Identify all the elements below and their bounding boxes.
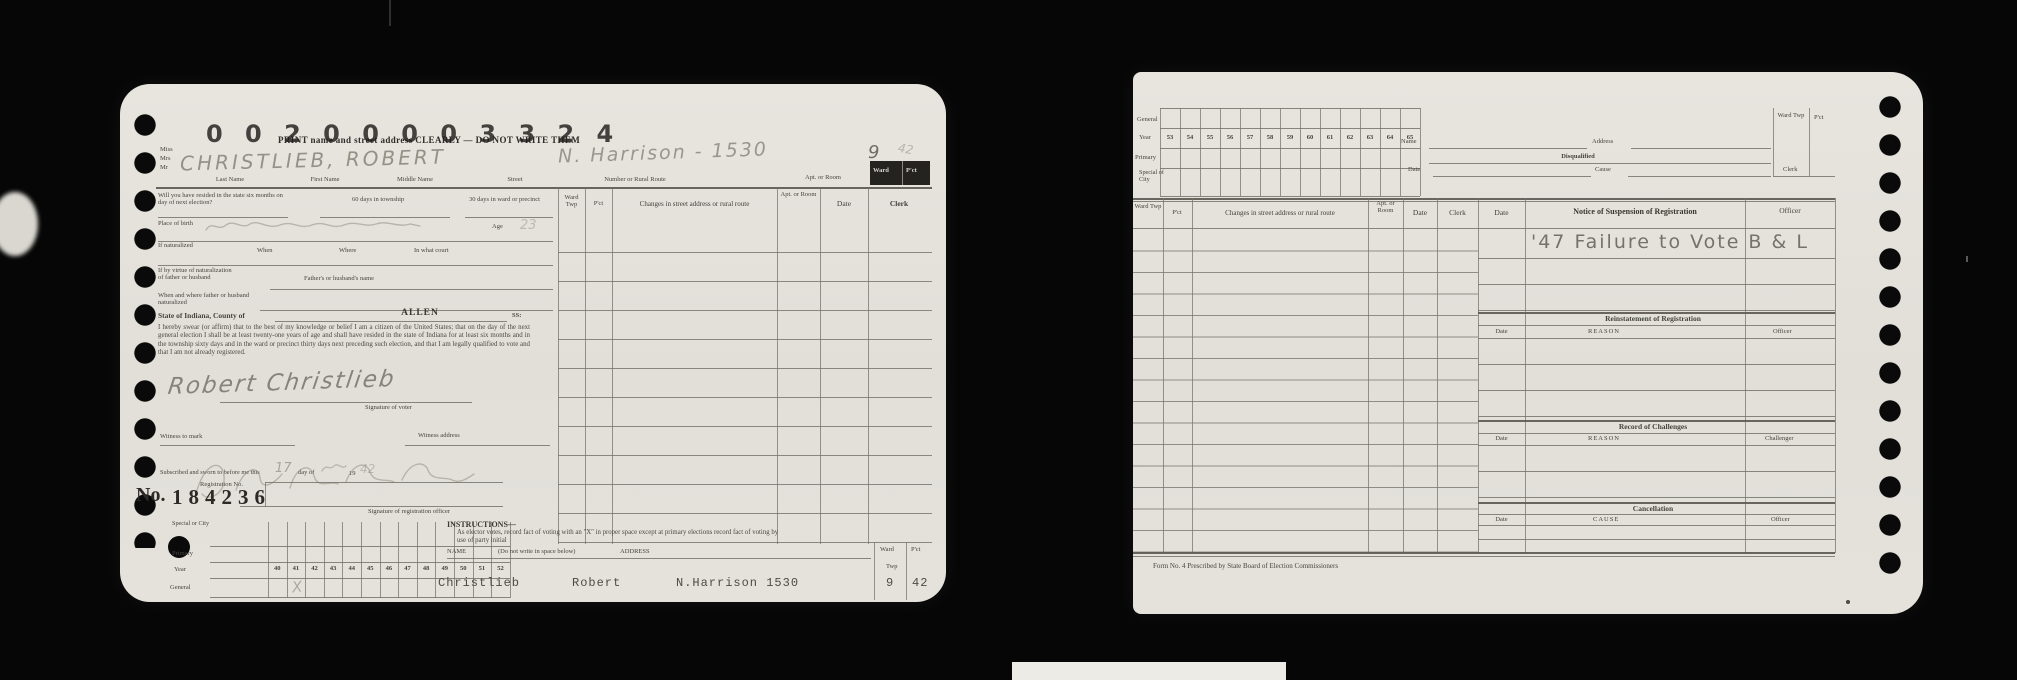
year-64: 64 <box>1380 134 1400 141</box>
bth-date: Date <box>1403 209 1437 218</box>
line <box>1433 176 1591 177</box>
grid-vline <box>361 522 362 598</box>
grid-vline <box>398 522 399 598</box>
srow <box>1478 310 1835 311</box>
grid-vline <box>1240 108 1241 196</box>
bth-pct: P'ct <box>1163 209 1191 216</box>
reinst-reason: REASON <box>1588 328 1620 335</box>
year-57: 57 <box>1240 134 1260 141</box>
label-age: Age <box>492 223 503 230</box>
reinstatement-title: Reinstatement of Registration <box>1553 315 1753 323</box>
reg-no-prefix: No. <box>136 484 165 507</box>
stamped-serial-number: 0 0 2 0 0 0 0 3 3 2 4 <box>206 120 620 148</box>
th-clerk: Clerk <box>869 200 929 209</box>
year-61: 61 <box>1320 134 1340 141</box>
label-if-naturalized: If naturalized <box>158 242 206 249</box>
microfilm-frame: PRINT name and street address CLEARLY — … <box>0 0 2017 680</box>
line <box>906 542 907 600</box>
grid-line <box>210 546 510 547</box>
chall-challenger: Challenger <box>1765 435 1794 442</box>
line <box>270 289 553 290</box>
grid-vline <box>1380 108 1381 196</box>
label-twp-bottom: Twp <box>886 563 897 570</box>
grid-vline <box>1280 108 1281 196</box>
label-signature-officer: Signature of registration officer <box>368 508 450 515</box>
reinst-date: Date <box>1478 328 1525 335</box>
question-30days: 30 days in ward or precinct <box>469 196 551 203</box>
instructions-title: INSTRUCTIONS— <box>447 520 516 529</box>
film-scratch <box>389 0 391 26</box>
film-speck <box>1846 600 1850 604</box>
typed-ward: 9 <box>886 576 894 590</box>
bth-apt: Apt. or Room <box>1369 200 1402 215</box>
bth-susp-date: Date <box>1478 209 1525 218</box>
grid-vline <box>1400 108 1401 196</box>
table-top-rule <box>1133 198 1835 200</box>
corner-ward-twp: Ward Twp <box>1774 112 1808 119</box>
row-special-back: Special of City <box>1139 170 1169 184</box>
grid-line <box>210 562 510 563</box>
film-speck <box>1966 256 1968 262</box>
typed-address: N.Harrison 1530 <box>676 576 799 590</box>
county-value: ALLEN <box>375 308 465 318</box>
grid-vline <box>1180 108 1181 196</box>
signature-line <box>220 402 472 403</box>
label-father-name: Father's or husband's name <box>304 275 374 282</box>
bth-suspension-title: Notice of Suspension of Registration <box>1525 207 1745 216</box>
title-mrs: Mrs <box>160 155 170 162</box>
instructions-body: As elector votes, record fact of voting … <box>457 529 787 545</box>
typed-last-name: Christlieb <box>438 576 520 590</box>
birthplace-scrawl <box>202 217 427 237</box>
sec-line <box>1478 325 1835 326</box>
year-47: 47 <box>398 565 417 572</box>
label-name-back: Name <box>1401 138 1417 145</box>
line <box>1429 163 1771 164</box>
year-58: 58 <box>1260 134 1280 141</box>
failure-to-vote-stamp: '47 Failure to Vote B & L <box>1531 231 1809 253</box>
bth-officer: Officer <box>1745 207 1835 216</box>
handwritten-name: CHRISTLIEB, ROBERT <box>180 145 446 176</box>
line <box>1809 108 1810 176</box>
bth-ward-twp: Ward Twp <box>1134 203 1162 210</box>
table-bottom-rule2 <box>1133 556 1835 557</box>
label-date-top: Date <box>1408 166 1420 173</box>
registration-card-front: PRINT name and street address CLEARLY — … <box>120 84 946 602</box>
label-disqualified: Disqualified <box>1533 153 1623 160</box>
table-top-rule2 <box>1133 201 1835 202</box>
form-number-footer: Form No. 4 Prescribed by State Board of … <box>1153 562 1338 570</box>
label-last-name: Last Name <box>190 176 270 183</box>
left-table-rows <box>1133 230 1478 553</box>
grid-vline <box>1200 108 1201 196</box>
year-60: 60 <box>1300 134 1320 141</box>
label-place-of-birth: Place of birth <box>158 220 200 227</box>
grid-vline <box>1420 108 1421 196</box>
chall-date: Date <box>1478 435 1525 442</box>
tv <box>1835 198 1836 553</box>
year-49: 49 <box>435 565 454 572</box>
header-rule <box>156 187 932 189</box>
grid-vline <box>1320 108 1321 196</box>
grid-vline <box>287 522 288 598</box>
chall-reason: REASON <box>1588 435 1620 442</box>
header-underline <box>1133 228 1835 229</box>
sec-line <box>1478 514 1835 515</box>
voter-signature: Robert Christlieb <box>166 366 397 400</box>
label-nat-court: In what court <box>414 247 449 254</box>
label-middle-name: Middle Name <box>375 176 455 183</box>
row-special-city: Special or City <box>172 521 212 528</box>
year-40: 40 <box>268 565 287 572</box>
line <box>447 558 871 559</box>
typed-pct: 42 <box>912 576 928 590</box>
srow <box>1478 284 1835 285</box>
film-strip-next-frame <box>1012 662 1286 680</box>
cancel-row <box>1478 539 1835 540</box>
change-table-rows <box>558 224 932 544</box>
year-41: 41 <box>287 565 306 572</box>
title-miss: Miss <box>160 146 173 153</box>
line <box>465 217 553 218</box>
registration-card-back: General Year Primary Special of City 53 … <box>1133 72 1923 614</box>
note-do-not-write: (Do not write in space below) <box>498 548 575 555</box>
rrow <box>1478 416 1835 417</box>
line <box>160 445 295 446</box>
label-cause-top: Cause <box>1595 166 1611 173</box>
grid-line <box>1160 196 1420 197</box>
th-pct: P'ct <box>586 200 611 207</box>
label-apt-room-top: Apt. or Room <box>788 174 858 181</box>
grid-vline <box>435 522 436 598</box>
grid-vline <box>1340 108 1341 196</box>
punch-holes-right <box>1877 88 1903 588</box>
label-witness-mark: Witness to mark <box>160 433 202 440</box>
year-55: 55 <box>1200 134 1220 141</box>
year-52: 52 <box>491 565 510 572</box>
title-mr: Mr <box>160 164 168 171</box>
row-year-back: Year <box>1139 134 1151 141</box>
row-year: Year <box>174 566 186 573</box>
year-45: 45 <box>361 565 380 572</box>
grid-vline <box>1260 108 1261 196</box>
grid-vline <box>1300 108 1301 196</box>
affidavit-text: I hereby swear (or affirm) that to the b… <box>158 324 530 358</box>
year-51: 51 <box>473 565 492 572</box>
handwritten-pct: 42 <box>897 141 914 157</box>
line <box>1631 148 1771 149</box>
year-54: 54 <box>1180 134 1200 141</box>
cancel-cause: CAUSE <box>1593 516 1619 523</box>
rrow <box>1478 364 1835 365</box>
grid-line <box>210 597 510 598</box>
grid-line <box>1160 148 1420 149</box>
year-46: 46 <box>380 565 399 572</box>
reg-no-value: 184236 <box>172 485 271 510</box>
grid-line <box>1160 108 1420 109</box>
th-apt: Apt. or Room <box>779 191 818 198</box>
label-clerk-top: Clerk <box>1783 166 1797 173</box>
question-60days: 60 days in township <box>352 196 424 203</box>
cancel-officer: Officer <box>1771 516 1790 523</box>
label-first-name: First Name <box>285 176 365 183</box>
grid-vline <box>1220 108 1221 196</box>
row-primary-back: Primary <box>1135 154 1156 161</box>
label-by-virtue: If by virtue of naturalization of father… <box>158 267 236 282</box>
grid-vline <box>1160 108 1161 196</box>
crow <box>1478 497 1835 498</box>
rrow <box>1478 390 1835 391</box>
th-date: Date <box>821 200 867 209</box>
label-father-when: When and where father or husband natural… <box>158 292 253 307</box>
label-pct-bottom: P'ct <box>911 546 920 553</box>
label-address-back: Address <box>1592 138 1613 145</box>
film-blotch <box>0 192 38 256</box>
line <box>1628 176 1771 177</box>
reinst-officer: Officer <box>1773 328 1792 335</box>
th-ward-twp: Ward Twp <box>559 194 584 209</box>
cancellation-title: Cancellation <box>1573 505 1733 513</box>
th-changes: Changes in street address or rural route <box>614 200 775 208</box>
grid-vline <box>380 522 381 598</box>
corner-pct: P'ct <box>1814 114 1823 121</box>
typed-first-name: Robert <box>572 576 621 590</box>
line <box>1429 148 1587 149</box>
tv <box>1478 198 1479 553</box>
label-number-rural: Number or Rural Route <box>555 176 715 183</box>
grid-line <box>1160 128 1420 129</box>
year-50: 50 <box>454 565 473 572</box>
crow <box>1478 471 1835 472</box>
line <box>874 542 875 600</box>
line <box>158 241 553 242</box>
year-53: 53 <box>1160 134 1180 141</box>
row-general-back: General <box>1137 116 1158 123</box>
srow <box>1478 258 1835 259</box>
label-signature-voter: Signature of voter <box>365 404 412 411</box>
line <box>405 445 550 446</box>
sec-line <box>1478 433 1835 434</box>
year-62: 62 <box>1340 134 1360 141</box>
ward-pct-header-box: Ward P'ct <box>870 161 930 185</box>
grid-vline <box>417 522 418 598</box>
bth-changes: Changes in street address or rural route <box>1194 209 1366 217</box>
officer-signature-line <box>240 506 503 507</box>
line <box>265 482 503 483</box>
grid-vline <box>305 522 306 598</box>
grid-vline <box>1360 108 1361 196</box>
bth-clerk: Clerk <box>1437 209 1478 218</box>
year-56: 56 <box>1220 134 1240 141</box>
grid-vline <box>268 522 269 598</box>
year-42: 42 <box>305 565 324 572</box>
year-59: 59 <box>1280 134 1300 141</box>
sec-line <box>1478 525 1835 526</box>
general-vote-mark: X <box>291 578 303 597</box>
label-witness-address: Witness address <box>418 432 460 439</box>
punch-holes-left <box>132 106 158 548</box>
line <box>158 265 553 266</box>
label-address-bottom: ADDRESS <box>620 548 650 555</box>
label-street: Street <box>485 176 545 183</box>
cancel-date: Date <box>1478 516 1525 523</box>
handwritten-age: 23 <box>520 218 537 233</box>
year-44: 44 <box>342 565 361 572</box>
row-general: General <box>170 584 191 591</box>
grid-vline <box>324 522 325 598</box>
label-nat-when: When <box>257 247 273 254</box>
question-resided: Will you have resided in the state six m… <box>158 192 283 207</box>
line <box>275 321 507 322</box>
tv <box>1525 198 1526 553</box>
year-48: 48 <box>417 565 436 572</box>
challenges-title: Record of Challenges <box>1563 423 1743 431</box>
row-primary: Primary <box>172 550 193 557</box>
box-divider <box>902 161 903 185</box>
label-ss: SS: <box>512 312 521 319</box>
label-nat-where: Where <box>339 247 356 254</box>
sec-line <box>1478 338 1835 339</box>
label-state-county: State of Indiana, County of <box>158 312 245 320</box>
year-43: 43 <box>324 565 343 572</box>
table-bottom-rule <box>1133 552 1835 554</box>
label-ward-inverse: Ward <box>873 167 889 174</box>
year-63: 63 <box>1360 134 1380 141</box>
label-name-bottom: NAME <box>447 548 466 555</box>
grid-line <box>1160 168 1420 169</box>
grid-vline <box>342 522 343 598</box>
handwritten-ward: 9 <box>868 142 879 163</box>
label-pct-inverse: P'ct <box>906 167 917 174</box>
line <box>1773 176 1835 177</box>
sec-line <box>1478 445 1835 446</box>
label-ward-bottom: Ward <box>880 546 894 553</box>
